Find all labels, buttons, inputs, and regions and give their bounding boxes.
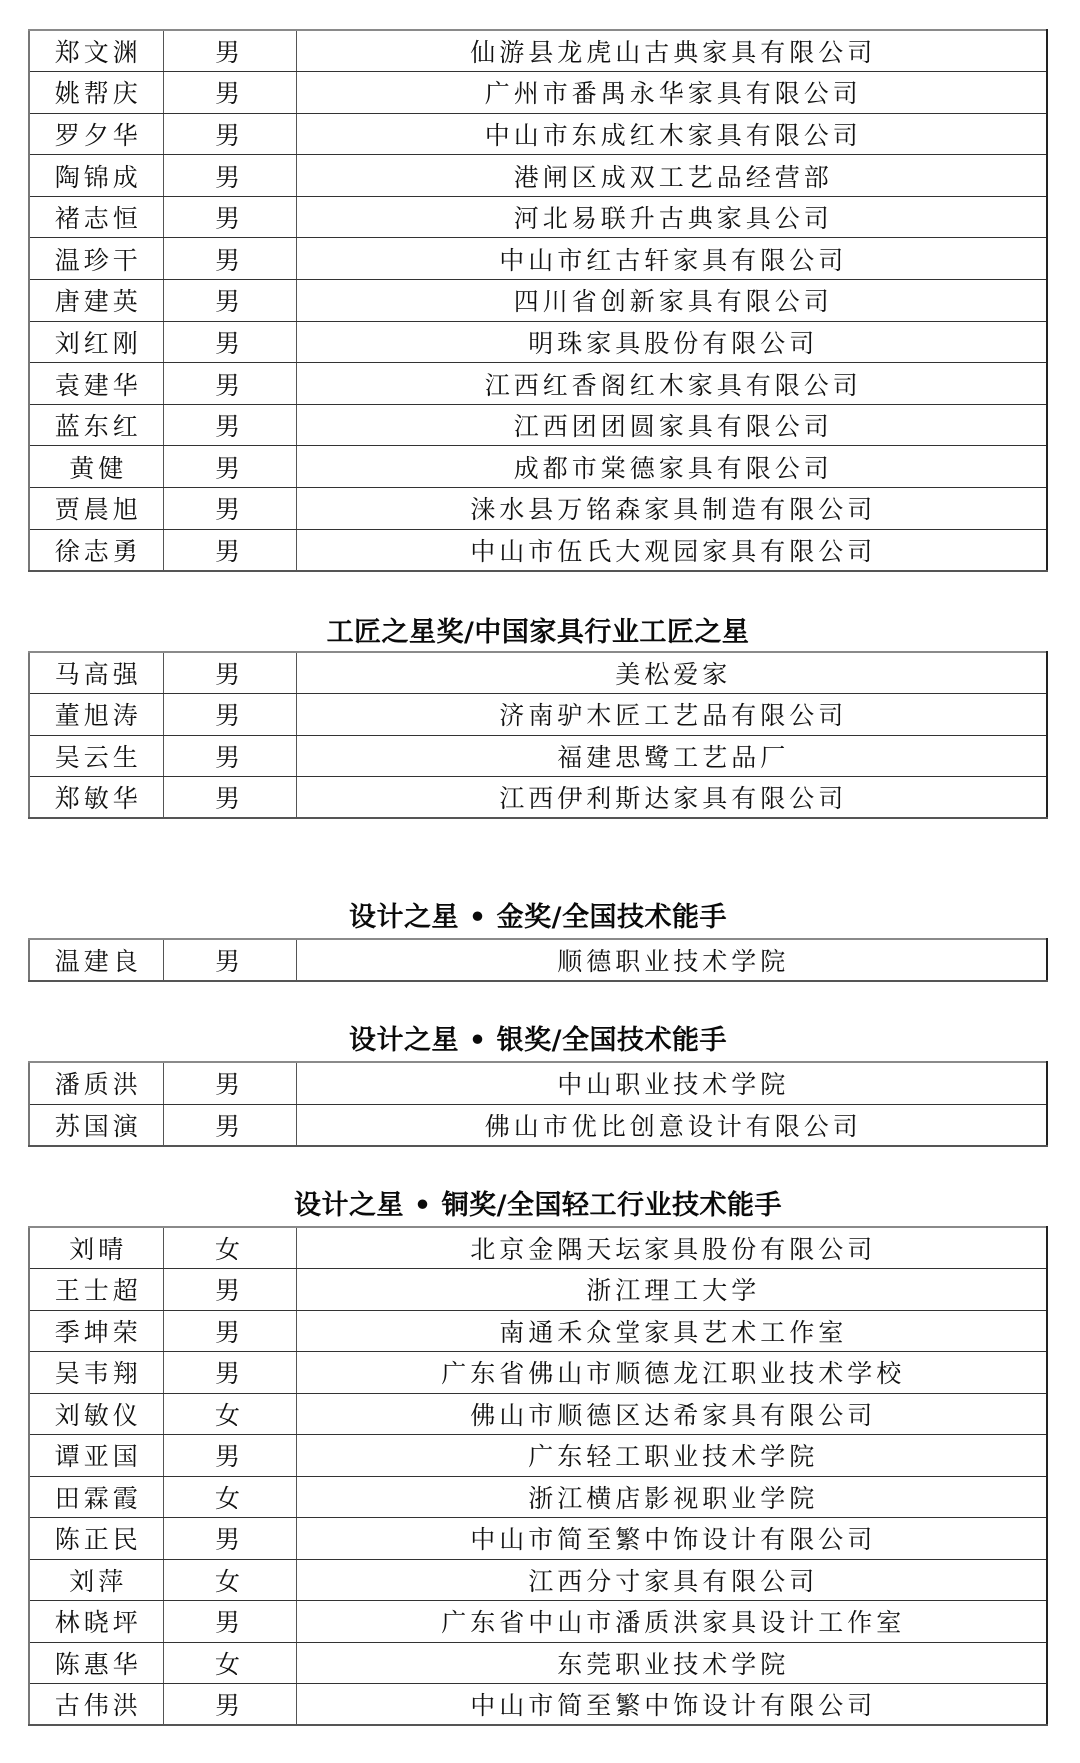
award-table: 温建良男顺德职业技术学院 (28, 938, 1048, 982)
name-cell: 刘红刚 (29, 321, 163, 363)
gender-cell: 男 (163, 155, 296, 197)
organization-cell: 中山职业技术学院 (296, 1062, 1047, 1104)
table-row: 郑文渊男仙游县龙虎山古典家具有限公司 (29, 30, 1047, 72)
name-cell: 吴云生 (29, 735, 163, 777)
gender-cell: 男 (163, 113, 296, 155)
gender-cell: 男 (163, 777, 296, 819)
table-row: 谭亚国男广东轻工职业技术学院 (29, 1435, 1047, 1477)
organization-cell: 广东省中山市潘质洪家具设计工作室 (296, 1601, 1047, 1643)
table-row: 吴云生男福建思鹭工艺品厂 (29, 735, 1047, 777)
name-cell: 唐建英 (29, 280, 163, 322)
organization-cell: 浙江理工大学 (296, 1269, 1047, 1311)
table-row: 田霖霞女浙江横店影视职业学院 (29, 1476, 1047, 1518)
name-cell: 蓝东红 (29, 404, 163, 446)
gender-cell: 男 (163, 1601, 296, 1643)
table-row: 董旭涛男济南驴木匠工艺品有限公司 (29, 694, 1047, 736)
name-cell: 谭亚国 (29, 1435, 163, 1477)
organization-cell: 中山市简至繁中饰设计有限公司 (296, 1684, 1047, 1726)
table-row: 贾晨旭男涞水县万铭森家具制造有限公司 (29, 488, 1047, 530)
gender-cell: 男 (163, 30, 296, 72)
name-cell: 陈惠华 (29, 1642, 163, 1684)
organization-cell: 明珠家具股份有限公司 (296, 321, 1047, 363)
gender-cell: 男 (163, 404, 296, 446)
organization-cell: 涞水县万铭森家具制造有限公司 (296, 488, 1047, 530)
gender-cell: 男 (163, 238, 296, 280)
name-cell: 褚志恒 (29, 196, 163, 238)
gender-cell: 女 (163, 1476, 296, 1518)
gender-cell: 男 (163, 1062, 296, 1104)
name-cell: 古伟洪 (29, 1684, 163, 1726)
gender-cell: 男 (163, 72, 296, 114)
table-row: 季坤荣男南通禾众堂家具艺术工作室 (29, 1310, 1047, 1352)
award-table: 刘晴女北京金隅天坛家具股份有限公司王士超男浙江理工大学季坤荣男南通禾众堂家具艺术… (28, 1226, 1048, 1726)
name-cell: 刘敏仪 (29, 1393, 163, 1435)
gender-cell: 男 (163, 488, 296, 530)
organization-cell: 江西分寸家具有限公司 (296, 1559, 1047, 1601)
name-cell: 田霖霞 (29, 1476, 163, 1518)
organization-cell: 东莞职业技术学院 (296, 1642, 1047, 1684)
gender-cell: 男 (163, 1518, 296, 1560)
table-row: 温建良男顺德职业技术学院 (29, 939, 1047, 981)
section-title: 设计之星 • 铜奖/全国轻工行业技术能手 (28, 1190, 1048, 1222)
organization-cell: 河北易联升古典家具公司 (296, 196, 1047, 238)
name-cell: 苏国演 (29, 1104, 163, 1146)
name-cell: 袁建华 (29, 363, 163, 405)
table-row: 刘萍女江西分寸家具有限公司 (29, 1559, 1047, 1601)
award-table: 潘质洪男中山职业技术学院苏国演男佛山市优比创意设计有限公司 (28, 1061, 1048, 1147)
organization-cell: 仙游县龙虎山古典家具有限公司 (296, 30, 1047, 72)
gender-cell: 男 (163, 446, 296, 488)
name-cell: 徐志勇 (29, 529, 163, 571)
section-title: 设计之星 • 金奖/全国技术能手 (28, 902, 1048, 934)
organization-cell: 福建思鹭工艺品厂 (296, 735, 1047, 777)
gender-cell: 男 (163, 196, 296, 238)
table-row: 林晓坪男广东省中山市潘质洪家具设计工作室 (29, 1601, 1047, 1643)
table-row: 王士超男浙江理工大学 (29, 1269, 1047, 1311)
name-cell: 董旭涛 (29, 694, 163, 736)
table-row: 吴韦翔男广东省佛山市顺德龙江职业技术学校 (29, 1352, 1047, 1394)
gender-cell: 女 (163, 1642, 296, 1684)
name-cell: 季坤荣 (29, 1310, 163, 1352)
gender-cell: 男 (163, 939, 296, 981)
table-row: 姚帮庆男广州市番禺永华家具有限公司 (29, 72, 1047, 114)
organization-cell: 顺德职业技术学院 (296, 939, 1047, 981)
table-row: 马高强男美松爱家 (29, 652, 1047, 694)
organization-cell: 成都市棠德家具有限公司 (296, 446, 1047, 488)
table-row: 罗夕华男中山市东成红木家具有限公司 (29, 113, 1047, 155)
organization-cell: 中山市东成红木家具有限公司 (296, 113, 1047, 155)
gender-cell: 男 (163, 321, 296, 363)
organization-cell: 中山市简至繁中饰设计有限公司 (296, 1518, 1047, 1560)
name-cell: 郑文渊 (29, 30, 163, 72)
organization-cell: 中山市伍氏大观园家具有限公司 (296, 529, 1047, 571)
section-title: 设计之星 • 银奖/全国技术能手 (28, 1025, 1048, 1057)
table-row: 徐志勇男中山市伍氏大观园家具有限公司 (29, 529, 1047, 571)
name-cell: 温建良 (29, 939, 163, 981)
organization-cell: 浙江横店影视职业学院 (296, 1476, 1047, 1518)
organization-cell: 广东省佛山市顺德龙江职业技术学校 (296, 1352, 1047, 1394)
section-title: 工匠之星奖/中国家具行业工匠之星 (28, 617, 1048, 649)
table-row: 唐建英男四川省创新家具有限公司 (29, 280, 1047, 322)
name-cell: 陈正民 (29, 1518, 163, 1560)
organization-cell: 港闸区成双工艺品经营部 (296, 155, 1047, 197)
organization-cell: 佛山市优比创意设计有限公司 (296, 1104, 1047, 1146)
organization-cell: 广东轻工职业技术学院 (296, 1435, 1047, 1477)
table-row: 刘晴女北京金隅天坛家具股份有限公司 (29, 1227, 1047, 1269)
organization-cell: 济南驴木匠工艺品有限公司 (296, 694, 1047, 736)
gender-cell: 男 (163, 1435, 296, 1477)
table-row: 苏国演男佛山市优比创意设计有限公司 (29, 1104, 1047, 1146)
name-cell: 王士超 (29, 1269, 163, 1311)
name-cell: 吴韦翔 (29, 1352, 163, 1394)
gender-cell: 男 (163, 735, 296, 777)
gender-cell: 男 (163, 280, 296, 322)
gender-cell: 男 (163, 1104, 296, 1146)
gender-cell: 男 (163, 1684, 296, 1726)
name-cell: 黄健 (29, 446, 163, 488)
name-cell: 温珍干 (29, 238, 163, 280)
gender-cell: 男 (163, 1310, 296, 1352)
gender-cell: 男 (163, 1352, 296, 1394)
organization-cell: 美松爱家 (296, 652, 1047, 694)
table-row: 郑敏华男江西伊利斯达家具有限公司 (29, 777, 1047, 819)
gender-cell: 女 (163, 1559, 296, 1601)
name-cell: 罗夕华 (29, 113, 163, 155)
name-cell: 马高强 (29, 652, 163, 694)
table-row: 蓝东红男江西团团圆家具有限公司 (29, 404, 1047, 446)
award-table: 马高强男美松爱家董旭涛男济南驴木匠工艺品有限公司吴云生男福建思鹭工艺品厂郑敏华男… (28, 651, 1048, 819)
name-cell: 陶锦成 (29, 155, 163, 197)
table-row: 刘红刚男明珠家具股份有限公司 (29, 321, 1047, 363)
name-cell: 刘萍 (29, 1559, 163, 1601)
gender-cell: 男 (163, 529, 296, 571)
name-cell: 刘晴 (29, 1227, 163, 1269)
table-row: 陈正民男中山市简至繁中饰设计有限公司 (29, 1518, 1047, 1560)
table-row: 陶锦成男港闸区成双工艺品经营部 (29, 155, 1047, 197)
award-table: 郑文渊男仙游县龙虎山古典家具有限公司姚帮庆男广州市番禺永华家具有限公司罗夕华男中… (28, 29, 1048, 572)
organization-cell: 北京金隅天坛家具股份有限公司 (296, 1227, 1047, 1269)
table-row: 刘敏仪女佛山市顺德区达希家具有限公司 (29, 1393, 1047, 1435)
gender-cell: 男 (163, 694, 296, 736)
table-row: 温珍干男中山市红古轩家具有限公司 (29, 238, 1047, 280)
gender-cell: 男 (163, 1269, 296, 1311)
name-cell: 林晓坪 (29, 1601, 163, 1643)
name-cell: 潘质洪 (29, 1062, 163, 1104)
organization-cell: 广州市番禺永华家具有限公司 (296, 72, 1047, 114)
table-row: 潘质洪男中山职业技术学院 (29, 1062, 1047, 1104)
gender-cell: 女 (163, 1227, 296, 1269)
organization-cell: 江西伊利斯达家具有限公司 (296, 777, 1047, 819)
table-row: 黄健男成都市棠德家具有限公司 (29, 446, 1047, 488)
table-row: 陈惠华女东莞职业技术学院 (29, 1642, 1047, 1684)
organization-cell: 南通禾众堂家具艺术工作室 (296, 1310, 1047, 1352)
name-cell: 贾晨旭 (29, 488, 163, 530)
name-cell: 郑敏华 (29, 777, 163, 819)
table-row: 褚志恒男河北易联升古典家具公司 (29, 196, 1047, 238)
name-cell: 姚帮庆 (29, 72, 163, 114)
gender-cell: 女 (163, 1393, 296, 1435)
organization-cell: 江西团团圆家具有限公司 (296, 404, 1047, 446)
organization-cell: 中山市红古轩家具有限公司 (296, 238, 1047, 280)
organization-cell: 江西红香阁红木家具有限公司 (296, 363, 1047, 405)
gender-cell: 男 (163, 652, 296, 694)
table-row: 古伟洪男中山市简至繁中饰设计有限公司 (29, 1684, 1047, 1726)
gender-cell: 男 (163, 363, 296, 405)
table-row: 袁建华男江西红香阁红木家具有限公司 (29, 363, 1047, 405)
organization-cell: 四川省创新家具有限公司 (296, 280, 1047, 322)
organization-cell: 佛山市顺德区达希家具有限公司 (296, 1393, 1047, 1435)
